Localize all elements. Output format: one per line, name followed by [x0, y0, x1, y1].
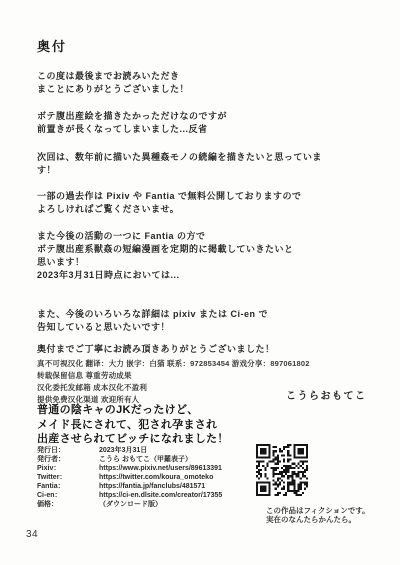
text-line: 思います！: [37, 256, 294, 269]
text-line: 汉化委托发邮箱 成本汉化不盈利: [37, 382, 310, 394]
colophon-value: （ダウンロード版）: [99, 500, 162, 509]
colophon-value: 2023年3月31日: [99, 446, 147, 455]
colophon-value: こうら おもてこ（甲羅表子）: [99, 455, 192, 464]
colophon-row: 発行日：2023年3月31日: [37, 446, 222, 455]
page-number: 34: [26, 529, 38, 540]
text-line: 出産させられてビッチになれました！: [37, 432, 229, 447]
translation-credits: 真不可视汉化 翻译：大力 嵌字：白猫 联系：972853454 游戏分享：897…: [37, 358, 310, 406]
colophon-row: Ci-en：https://ci-en.dlsite.com/creator/1…: [37, 491, 222, 500]
text-line: この度は最後までお読みいただき: [37, 70, 189, 83]
afterword-paragraph-4: 一部の過去作は Pixiv や Fantia で無料公開しておりますのでよろしけ…: [37, 190, 302, 216]
colophon-row: 発行者：こうら おもてこ（甲羅表子）: [37, 455, 222, 464]
afterword-paragraph-3: 次回は、数年前に描いた異種姦モノの続編を描きたいと思っています！: [37, 151, 322, 177]
text-line: 真不可视汉化 翻译：大力 嵌字：白猫 联系：972853454 游戏分享：897…: [37, 358, 310, 370]
colophon-label: Pixiv：: [37, 464, 99, 473]
text-line: メイド長にされて、犯され孕まされ: [37, 418, 229, 433]
afterword-paragraph-7: 奥付までご丁寧にお読み頂きありがとうございました！: [37, 343, 275, 356]
text-line: ボテ腹出産絵を描きたかっただけなのですが: [37, 110, 227, 123]
text-line: また、今後のいろいろな詳細は pixiv または Ci-en で: [37, 308, 268, 321]
text-line: 2023年3月31日時点においては...: [37, 269, 294, 282]
colophon-label: Fantia：: [37, 482, 99, 491]
text-line: また今後の活動の一つに Fantia の方で: [37, 230, 294, 243]
colophon-row: Pixiv：https://www.pixiv.net/users/896133…: [37, 464, 222, 473]
colophon-row: Twitter：https://twitter.com/koura_omotek…: [37, 473, 222, 482]
colophon-label: Ci-en：: [37, 491, 99, 500]
artist-signature: こうらおもてこ: [286, 387, 367, 402]
text-line: 转载保留信息 尊重劳动成果: [37, 370, 310, 382]
colophon-table: 発行日：2023年3月31日発行者：こうら おもてこ（甲羅表子）Pixiv：ht…: [37, 446, 222, 509]
fiction-disclaimer: この作品はフィクションです。実在のなんたらかんたら。: [266, 507, 370, 524]
colophon-label: 発行日：: [37, 446, 99, 455]
text-line: 奥付までご丁寧にお読み頂きありがとうございました！: [37, 343, 275, 356]
text-line: 普通の陰キャのJKだったけど、: [37, 403, 229, 418]
colophon-value: https://ci-en.dlsite.com/creator/17355: [99, 491, 222, 500]
text-line: 実在のなんたらかんたら。: [266, 516, 370, 525]
colophon-value: https://twitter.com/koura_omoteko: [99, 473, 213, 482]
text-line: 前置きが長くなってしまいました...反省: [37, 123, 227, 136]
qr-code: [256, 444, 308, 496]
text-line: まことにありがとうございました！: [37, 83, 189, 96]
work-title: 普通の陰キャのJKだったけど、メイド長にされて、犯され孕まされ出産させられてビッ…: [37, 403, 229, 447]
afterword-paragraph-2: ボテ腹出産絵を描きたかっただけなのですが前置きが長くなってしまいました...反省: [37, 110, 227, 136]
colophon-label: Twitter：: [37, 473, 99, 482]
afterword-paragraph-5: また今後の活動の一つに Fantia の方でボテ腹出産系獣姦の短編漫画を定期的に…: [37, 230, 294, 282]
colophon-value: https://www.pixiv.net/users/89613391: [99, 464, 222, 473]
text-line: 次回は、数年前に描いた異種姦モノの続編を描きたいと思っていま: [37, 151, 322, 164]
colophon-page: 奥付 この度は最後までお読みいただきまことにありがとうございました！ ボテ腹出産…: [0, 0, 400, 565]
text-line: す！: [37, 164, 322, 177]
colophon-row: 価格：（ダウンロード版）: [37, 500, 222, 509]
text-line: 告知していると思いたいです！: [37, 321, 268, 334]
text-line: ボテ腹出産系獣姦の短編漫画を定期的に掲載していきたいと: [37, 243, 294, 256]
colophon-row: Fantia：https://fantia.jp/fanclubs/481571: [37, 482, 222, 491]
colophon-value: https://fantia.jp/fanclubs/481571: [99, 482, 205, 491]
afterword-paragraph-6: また、今後のいろいろな詳細は pixiv または Ci-en で告知していると思…: [37, 308, 268, 334]
text-line: よろしければご覧くださいませ。: [37, 203, 302, 216]
colophon-label: 価格：: [37, 500, 99, 509]
afterword-paragraph-1: この度は最後までお読みいただきまことにありがとうございました！: [37, 70, 189, 96]
text-line: 一部の過去作は Pixiv や Fantia で無料公開しておりますので: [37, 190, 302, 203]
colophon-label: 発行者：: [37, 455, 99, 464]
page-title: 奥付: [37, 36, 67, 55]
